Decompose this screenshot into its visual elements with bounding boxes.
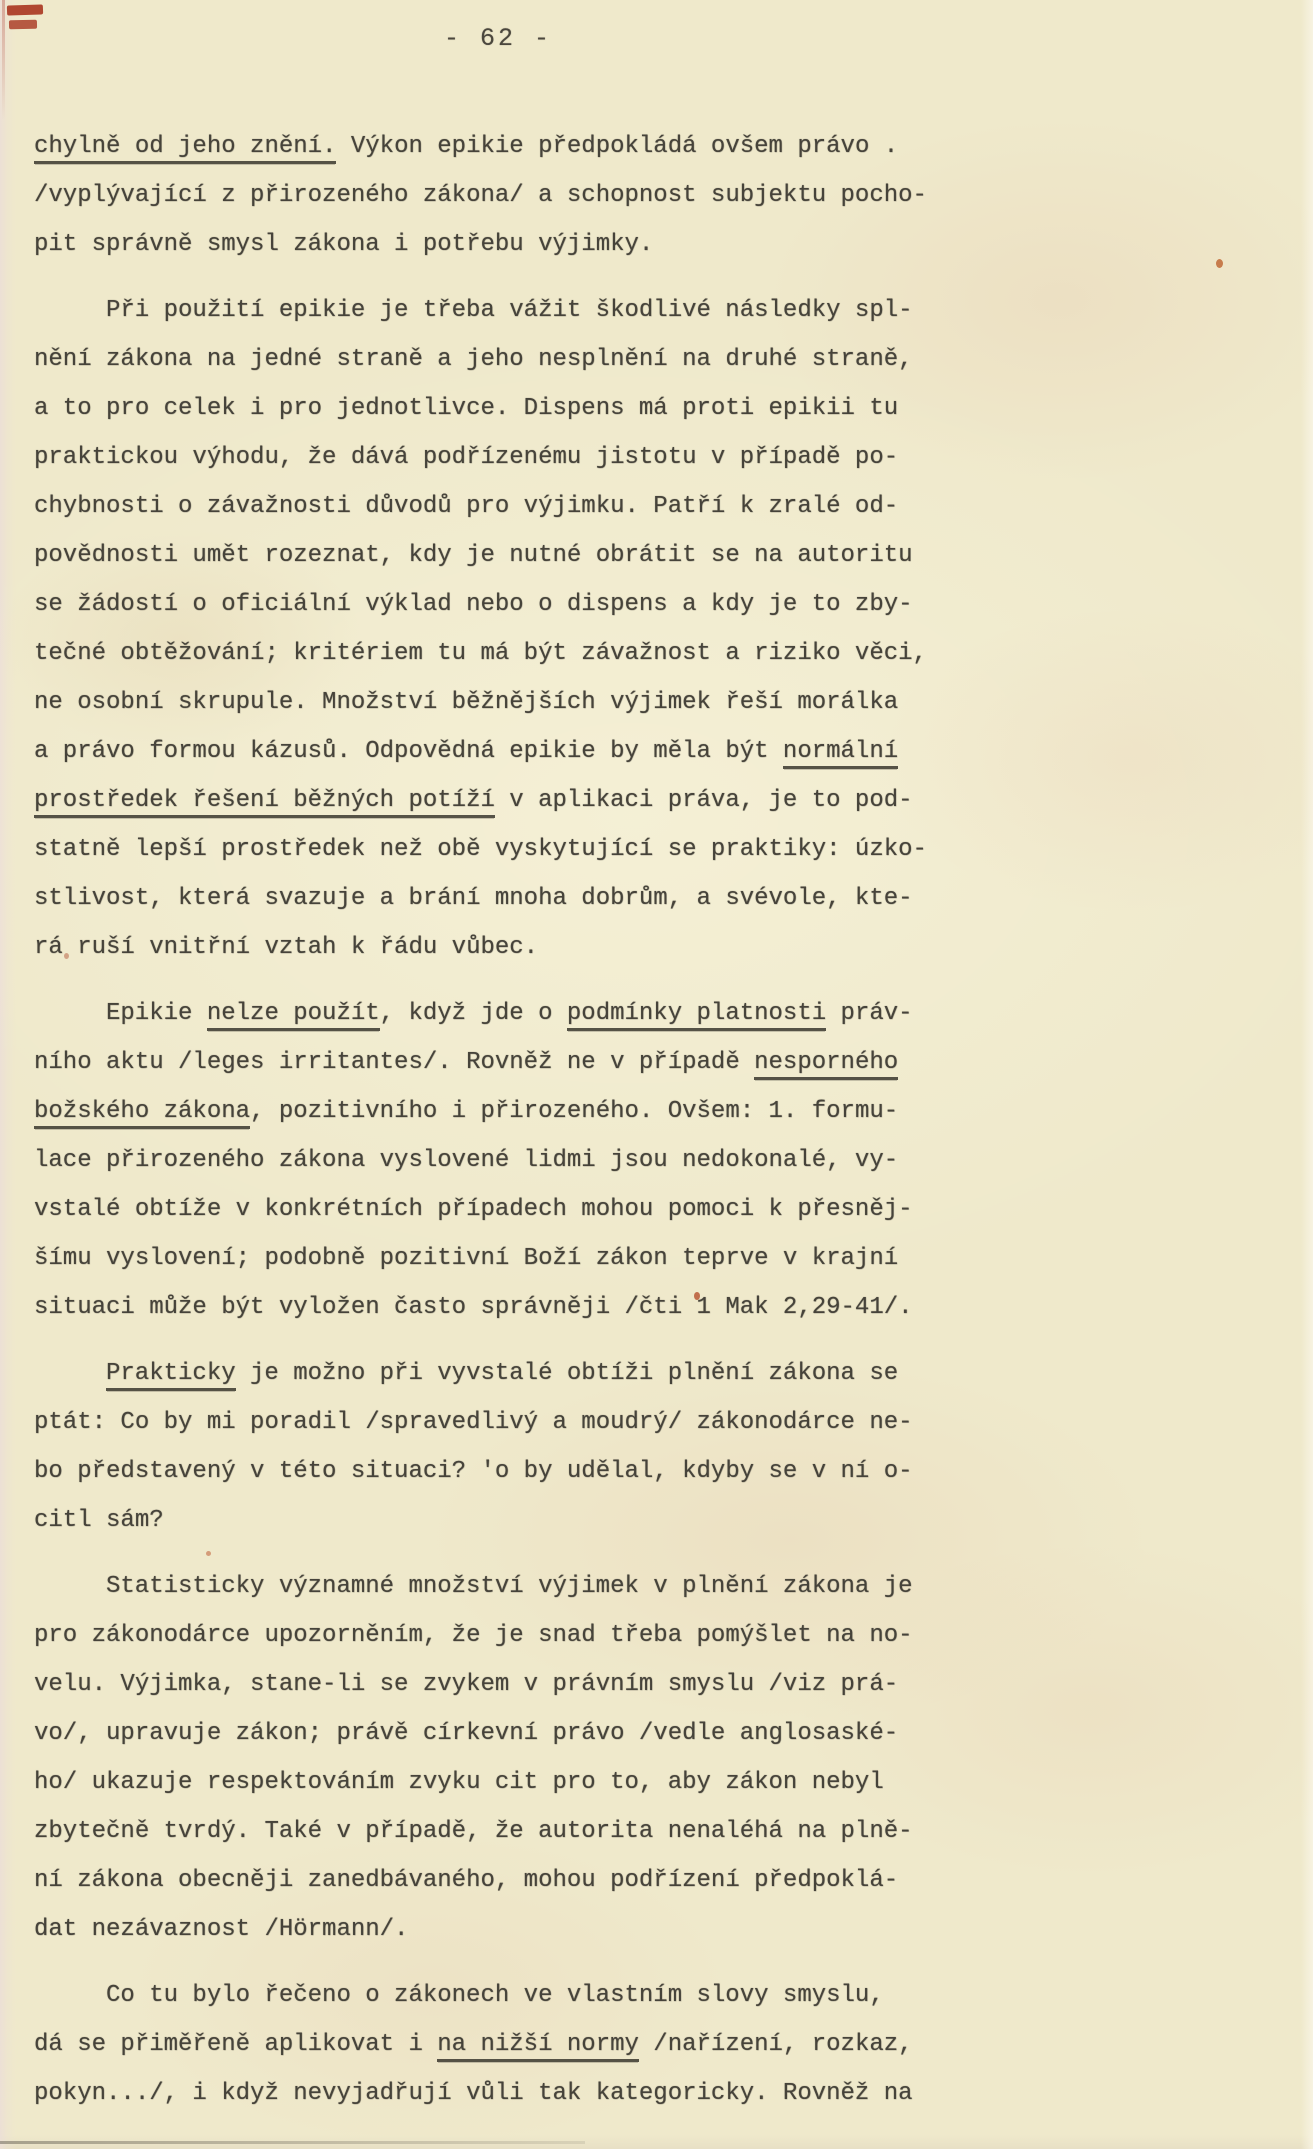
text-segment: bo představený v této situaci? 'o by udě… xyxy=(34,1458,913,1485)
text-line: a právo formou kázusů. Odpovědná epikie … xyxy=(34,727,984,776)
text-segment: tečné obtěžování; kritériem tu má být zá… xyxy=(34,640,927,667)
text-segment: dá se přiměřeně aplikovat i xyxy=(34,2031,437,2058)
text-segment: /vyplývající z přirozeného zákona/ a sch… xyxy=(34,182,927,209)
text-line: tečné obtěžování; kritériem tu má být zá… xyxy=(34,629,984,678)
underlined-text: nelze použít xyxy=(207,1000,380,1031)
text-segment: ne osobní skrupule. Množství běžnějších … xyxy=(34,689,898,716)
text-line: pokyn.../, i když nevyjadřují vůli tak k… xyxy=(34,2069,984,2118)
text-segment: ní zákona obecněji zanedbávaného, mohou … xyxy=(34,1867,898,1894)
text-line: chybnosti o závažnosti důvodů pro výjimk… xyxy=(34,482,984,531)
paragraph: chylně od jeho znění. Výkon epikie předp… xyxy=(34,122,984,269)
text-segment: rá ruší vnitřní vztah k řádu vůbec. xyxy=(34,934,538,961)
text-segment: velu. Výjimka, stane-li se zvykem v práv… xyxy=(34,1671,898,1698)
underlined-text: normální xyxy=(783,738,898,769)
red-stain-mark xyxy=(9,20,37,29)
underlined-text: chylně od jeho znění. xyxy=(34,133,336,164)
text-line: ní zákona obecněji zanedbávaného, mohou … xyxy=(34,1856,984,1905)
text-segment: se žádostí o oficiální výklad nebo o dis… xyxy=(34,591,913,618)
paragraph: Statisticky významné množství výjimek v … xyxy=(34,1562,984,1954)
text-segment: lace přirozeného zákona vyslovené lidmi … xyxy=(34,1147,898,1174)
text-line: stlivost, která svazuje a brání mnoha do… xyxy=(34,874,984,923)
text-segment: šímu vyslovení; podobně pozitivní Boží z… xyxy=(34,1245,898,1272)
underlined-text: Prakticky xyxy=(106,1360,236,1391)
text-line: nění zákona na jedné straně a jeho nespl… xyxy=(34,335,984,384)
text-line: bo představený v této situaci? 'o by udě… xyxy=(34,1447,984,1496)
text-line: pro zákonodárce upozorněním, že je snad … xyxy=(34,1611,984,1660)
paragraph: Při použití epikie je třeba vážit škodli… xyxy=(34,286,984,972)
text-line: se žádostí o oficiální výklad nebo o dis… xyxy=(34,580,984,629)
text-segment: praktickou výhodu, že dává podřízenému j… xyxy=(34,444,898,471)
edge-fiber-mark xyxy=(2,0,5,120)
text-line: chylně od jeho znění. Výkon epikie předp… xyxy=(34,122,984,171)
underlined-text: prostředek řešení běžných potíží xyxy=(34,787,495,818)
text-segment: a právo formou kázusů. Odpovědná epikie … xyxy=(34,738,783,765)
text-line: a to pro celek i pro jednotlivce. Dispen… xyxy=(34,384,984,433)
text-segment: vo/, upravuje zákon; právě církevní práv… xyxy=(34,1720,898,1747)
text-segment: , pozitivního i přirozeného. Ovšem: 1. f… xyxy=(250,1098,898,1125)
paragraph: Prakticky je možno při vyvstalé obtíži p… xyxy=(34,1349,984,1545)
text-line: Prakticky je možno při vyvstalé obtíži p… xyxy=(34,1349,984,1398)
underlined-text: na nižší normy xyxy=(437,2031,639,2062)
text-line: povědnosti umět rozeznat, kdy je nutné o… xyxy=(34,531,984,580)
text-line: šímu vyslovení; podobně pozitivní Boží z… xyxy=(34,1234,984,1283)
text-segment: situaci může být vyložen často správněji… xyxy=(34,1294,913,1321)
text-segment: vstalé obtíže v konkrétních případech mo… xyxy=(34,1196,913,1223)
text-segment: zbytečně tvrdý. Také v případě, že autor… xyxy=(34,1818,913,1845)
text-segment: ptát: Co by mi poradil /spravedlivý a mo… xyxy=(34,1409,913,1436)
text-line: praktickou výhodu, že dává podřízenému j… xyxy=(34,433,984,482)
text-line: zbytečně tvrdý. Také v případě, že autor… xyxy=(34,1807,984,1856)
ink-speck xyxy=(1216,259,1223,268)
text-segment: stlivost, která svazuje a brání mnoha do… xyxy=(34,885,913,912)
text-line: vstalé obtíže v konkrétních případech mo… xyxy=(34,1185,984,1234)
text-line: velu. Výjimka, stane-li se zvykem v práv… xyxy=(34,1660,984,1709)
text-line: vo/, upravuje zákon; právě církevní práv… xyxy=(34,1709,984,1758)
text-line: /vyplývající z přirozeného zákona/ a sch… xyxy=(34,171,984,220)
text-line: lace přirozeného zákona vyslovené lidmi … xyxy=(34,1136,984,1185)
text-line: dá se přiměřeně aplikovat i na nižší nor… xyxy=(34,2020,984,2069)
text-line: pit správně smysl zákona i potřebu výjim… xyxy=(34,220,984,269)
text-segment: práv- xyxy=(826,1000,912,1027)
text-segment: , když jde o xyxy=(380,1000,567,1027)
text-line: citl sám? xyxy=(34,1496,984,1545)
text-line: ptát: Co by mi poradil /spravedlivý a mo… xyxy=(34,1398,984,1447)
text-line: Při použití epikie je třeba vážit škodli… xyxy=(34,286,984,335)
text-segment: chybnosti o závažnosti důvodů pro výjimk… xyxy=(34,493,898,520)
underlined-text: božského zákona xyxy=(34,1098,250,1129)
text-line: božského zákona, pozitivního i přirozené… xyxy=(34,1087,984,1136)
underlined-text: nesporného xyxy=(754,1049,898,1080)
text-line: dat nezávaznost /Hörmann/. xyxy=(34,1905,984,1954)
paragraph: Epikie nelze použít, když jde o podmínky… xyxy=(34,989,984,1332)
text-segment: /nařízení, rozkaz, xyxy=(639,2031,913,2058)
text-segment: nění zákona na jedné straně a jeho nespl… xyxy=(34,346,913,373)
red-stain-mark xyxy=(7,4,43,15)
underlined-text: podmínky platnosti xyxy=(567,1000,826,1031)
text-line: Statisticky významné množství výjimek v … xyxy=(34,1562,984,1611)
text-line: Epikie nelze použít, když jde o podmínky… xyxy=(34,989,984,1038)
text-segment: citl sám? xyxy=(34,1507,164,1534)
text-line: Co tu bylo řečeno o zákonech ve vlastním… xyxy=(34,1971,984,2020)
text-line: ho/ ukazuje respektováním zvyku cit pro … xyxy=(34,1758,984,1807)
scan-edge-line xyxy=(0,2141,585,2144)
text-segment: pokyn.../, i když nevyjadřují vůli tak k… xyxy=(34,2080,913,2107)
text-line: situaci může být vyložen často správněji… xyxy=(34,1283,984,1332)
text-segment: Při použití epikie je třeba vážit škodli… xyxy=(106,297,913,324)
text-line: prostředek řešení běžných potíží v aplik… xyxy=(34,776,984,825)
text-segment: pit správně smysl zákona i potřebu výjim… xyxy=(34,231,653,258)
text-line: ne osobní skrupule. Množství běžnějších … xyxy=(34,678,984,727)
text-segment: Epikie xyxy=(106,1000,207,1027)
text-line: rá ruší vnitřní vztah k řádu vůbec. xyxy=(34,923,984,972)
text-segment: pro zákonodárce upozorněním, že je snad … xyxy=(34,1622,913,1649)
text-segment: statně lepší prostředek než obě vyskytuj… xyxy=(34,836,927,863)
text-segment: Statisticky významné množství výjimek v … xyxy=(106,1573,913,1600)
text-segment: dat nezávaznost /Hörmann/. xyxy=(34,1916,408,1943)
text-segment: Co tu bylo řečeno o zákonech ve vlastním… xyxy=(106,1982,884,2009)
text-line: ního aktu /leges irritantes/. Rovněž ne … xyxy=(34,1038,984,1087)
text-segment: a to pro celek i pro jednotlivce. Dispen… xyxy=(34,395,898,422)
text-segment: povědnosti umět rozeznat, kdy je nutné o… xyxy=(34,542,913,569)
text-line: statně lepší prostředek než obě vyskytuj… xyxy=(34,825,984,874)
text-segment: Výkon epikie předpokládá ovšem právo . xyxy=(336,133,898,160)
paragraph: Co tu bylo řečeno o zákonech ve vlastním… xyxy=(34,1971,984,2118)
text-body: chylně od jeho znění. Výkon epikie předp… xyxy=(34,122,984,2118)
page-number: - 62 - xyxy=(34,24,962,53)
text-segment: je možno při vyvstalé obtíži plnění záko… xyxy=(236,1360,899,1387)
text-segment: ního aktu /leges irritantes/. Rovněž ne … xyxy=(34,1049,754,1076)
text-segment: v aplikaci práva, je to pod- xyxy=(495,787,913,814)
text-segment: ho/ ukazuje respektováním zvyku cit pro … xyxy=(34,1769,884,1796)
